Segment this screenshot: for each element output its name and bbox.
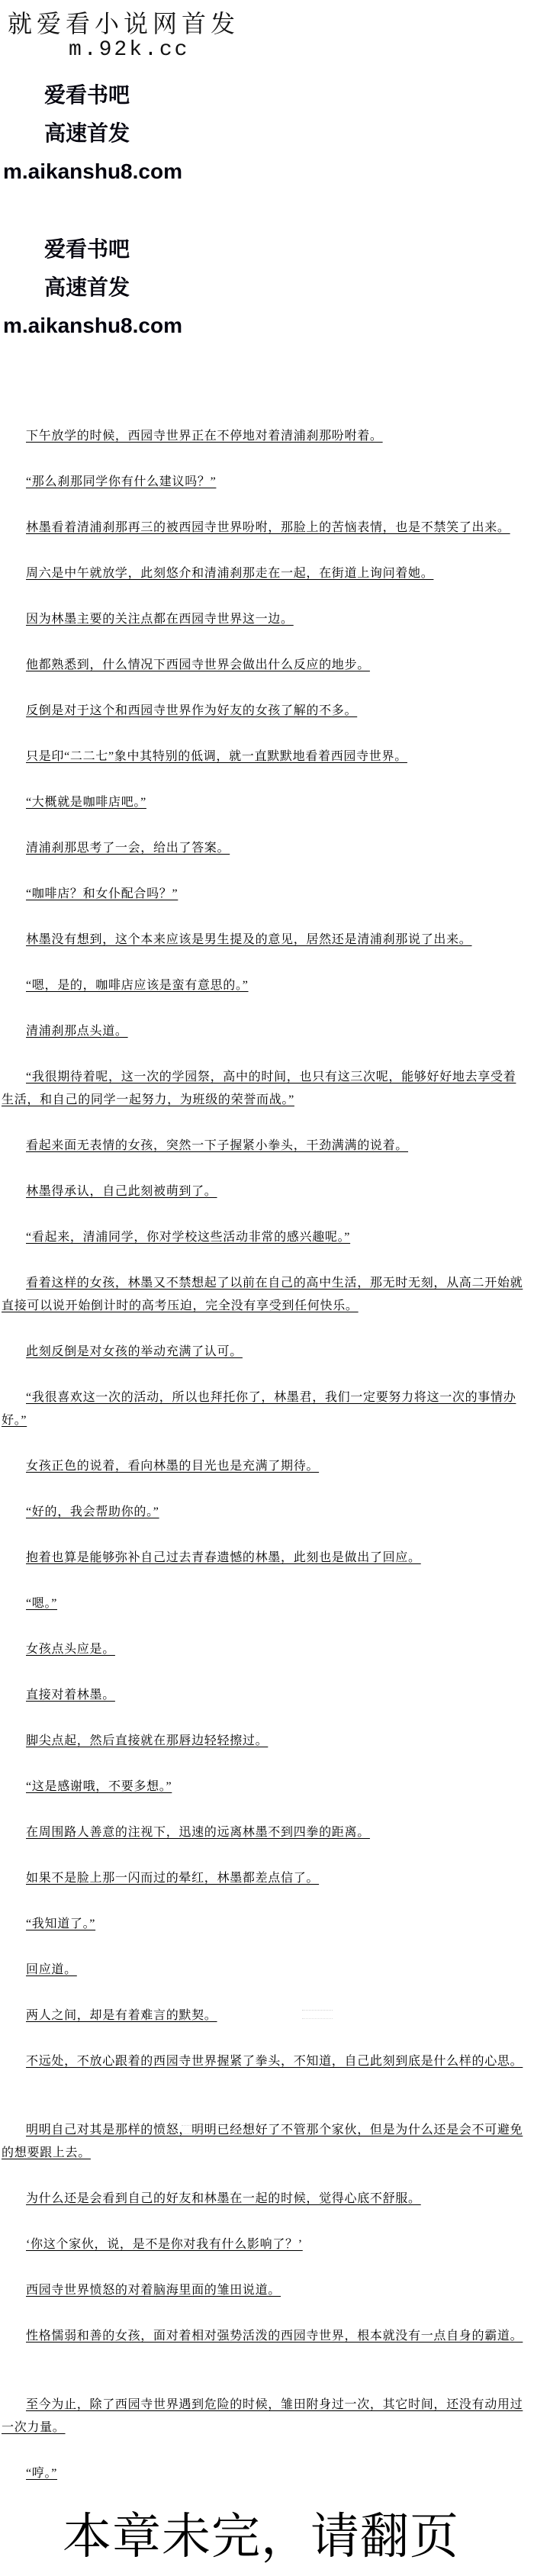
promo-slogan: 高速首发: [0, 269, 198, 307]
chapter-paragraph: 女孩正色的说着，看向林墨的目光也是充满了期待。: [2, 1455, 527, 1478]
promo-site-name: 爱看书吧: [0, 76, 198, 114]
chapter-paragraph: 林墨看着清浦刹那再三的被西园寺世界吩咐，那脸上的苦恼表情，也是不禁笑了出来。: [2, 517, 527, 539]
promo-url: m.aikanshu8.com: [0, 307, 198, 345]
chapter-paragraph: “我知道了。”: [2, 1913, 527, 1936]
chapter-paragraph: 如果不是脸上那一闪而过的晕红，林墨都差点信了。: [2, 1867, 527, 1890]
chapter-paragraph: 清浦刹那点头道。: [2, 1020, 527, 1043]
chapter-paragraph: 至今为止，除了西园寺世界遇到危险的时候，雏田附身过一次，其它时间，还没有动用过一…: [2, 2394, 527, 2439]
chapter-paragraph: “我很期待着呢，这一次的学园祭，高中的时间，也只有这三次呢，能够好好地去享受着生…: [2, 1066, 527, 1112]
chapter-paragraph: 性格懦弱和善的女孩，面对着相对强势活泼的西园寺世界，根本就没有一点自身的霸道。: [2, 2325, 527, 2348]
chapter-paragraph: “那么刹那同学你有什么建议吗？”: [2, 471, 527, 494]
promo-block: 爱看书吧 高速首发 m.aikanshu8.com: [0, 230, 198, 345]
chapter-body: 下午放学的时候，西园寺世界正在不停地对着清浦刹那吩咐着。 “那么刹那同学你有什么…: [2, 425, 527, 2508]
chapter-paragraph: “嗯。”: [2, 1592, 527, 1615]
chapter-paragraph: 此刻反倒是对女孩的举动充满了认可。: [2, 1341, 527, 1364]
chapter-paragraph: 周六是中午就放学，此刻悠介和清浦刹那走在一起，在街道上询问着她。: [2, 562, 527, 585]
chapter-paragraph: ‘你这个家伙，说，是不是你对我有什么影响了？’: [2, 2233, 527, 2256]
chapter-paragraph: “看起来，清浦同学，你对学校这些活动非常的感兴趣呢。”: [2, 1226, 527, 1249]
chapter-paragraph: 为什么还是会看到自己的好友和林墨在一起的时候，觉得心底不舒服。: [2, 2188, 527, 2211]
chapter-paragraph: 西园寺世界愤怒的对着脑海里面的雏田说道。: [2, 2279, 527, 2302]
site-domain: m.92k.cc: [69, 38, 189, 63]
site-title: 就爱看小说网首发: [8, 8, 240, 39]
chapter-paragraph: 看着这样的女孩，林墨又不禁想起了以前在自己的高中生活，那无时无刻，从高二开始就直…: [2, 1272, 527, 1318]
promo-block: 爱看书吧 高速首发 m.aikanshu8.com: [0, 76, 198, 191]
chapter-paragraph: 下午放学的时候，西园寺世界正在不停地对着清浦刹那吩咐着。: [2, 425, 527, 448]
chapter-paragraph: 回应道。: [2, 1959, 527, 1982]
chapter-paragraph: 明明自己对其是那样的愤怒，明明已经想好了不管那个家伙，但是为什么还是会不可避免的…: [2, 2119, 527, 2165]
chapter-paragraph: 清浦刹那思考了一会，给出了答案。: [2, 837, 527, 860]
chapter-paragraph: 因为林墨主要的关注点都在西园寺世界这一边。: [2, 608, 527, 631]
promo-url: m.aikanshu8.com: [0, 153, 198, 191]
chapter-paragraph: 直接对着林墨。: [2, 1684, 527, 1707]
chapter-paragraph: “大概就是咖啡店吧。”: [2, 791, 527, 814]
chapter-paragraph: 在周围路人善意的注视下，迅速的远离林墨不到四拳的距离。: [2, 1821, 527, 1844]
chapter-paragraph: “哼。”: [2, 2462, 527, 2485]
promo-site-name: 爱看书吧: [0, 230, 198, 269]
chapter-paragraph: 林墨没有想到，这个本来应该是男生提及的意见，居然还是清浦刹那说了出来。: [2, 929, 527, 952]
chapter-paragraph: 抱着也算是能够弥补自己过去青春遗憾的林墨，此刻也是做出了回应。: [2, 1547, 527, 1570]
chapter-paragraph: 不远处，不放心跟着的西园寺世界握紧了拳头，不知道，自己此刻到底是什么样的心思。: [2, 2050, 527, 2073]
chapter-paragraph: 只是印“二二七”象中其特别的低调，就一直默默地看着西园寺世界。: [2, 745, 527, 768]
chapter-continue-notice: 本章未完，请翻页: [0, 2506, 522, 2567]
chapter-paragraph: 女孩点头应是。: [2, 1638, 527, 1661]
watermark-noise: [182, 2125, 203, 2134]
chapter-paragraph: 反倒是对于这个和西园寺世界作为好友的女孩了解的不多。: [2, 700, 527, 723]
chapter-paragraph: 他都熟悉到，什么情况下西园寺世界会做出什么反应的地步。: [2, 654, 527, 677]
chapter-paragraph: “这是感谢哦，不要多想。”: [2, 1776, 527, 1798]
chapter-paragraph: 看起来面无表情的女孩，突然一下子握紧小拳头，干劲满满的说着。: [2, 1135, 527, 1158]
chapter-paragraph: 两人之间，却是有着难言的默契。: [2, 2004, 527, 2027]
chapter-paragraph: “嗯，是的，咖啡店应该是蛮有意思的。”: [2, 974, 527, 997]
chapter-paragraph: “好的，我会帮助你的。”: [2, 1501, 527, 1524]
watermark-noise: [302, 2010, 333, 2019]
chapter-paragraph: 林墨得承认，自己此刻被萌到了。: [2, 1180, 527, 1203]
promo-slogan: 高速首发: [0, 114, 198, 153]
chapter-paragraph: “咖啡店？和女仆配合吗？”: [2, 883, 527, 906]
chapter-paragraph: “我很喜欢这一次的活动，所以也拜托你了，林墨君，我们一定要努力将这一次的事情办好…: [2, 1386, 527, 1432]
chapter-paragraph: 脚尖点起，然后直接就在那唇边轻轻擦过。: [2, 1730, 527, 1753]
